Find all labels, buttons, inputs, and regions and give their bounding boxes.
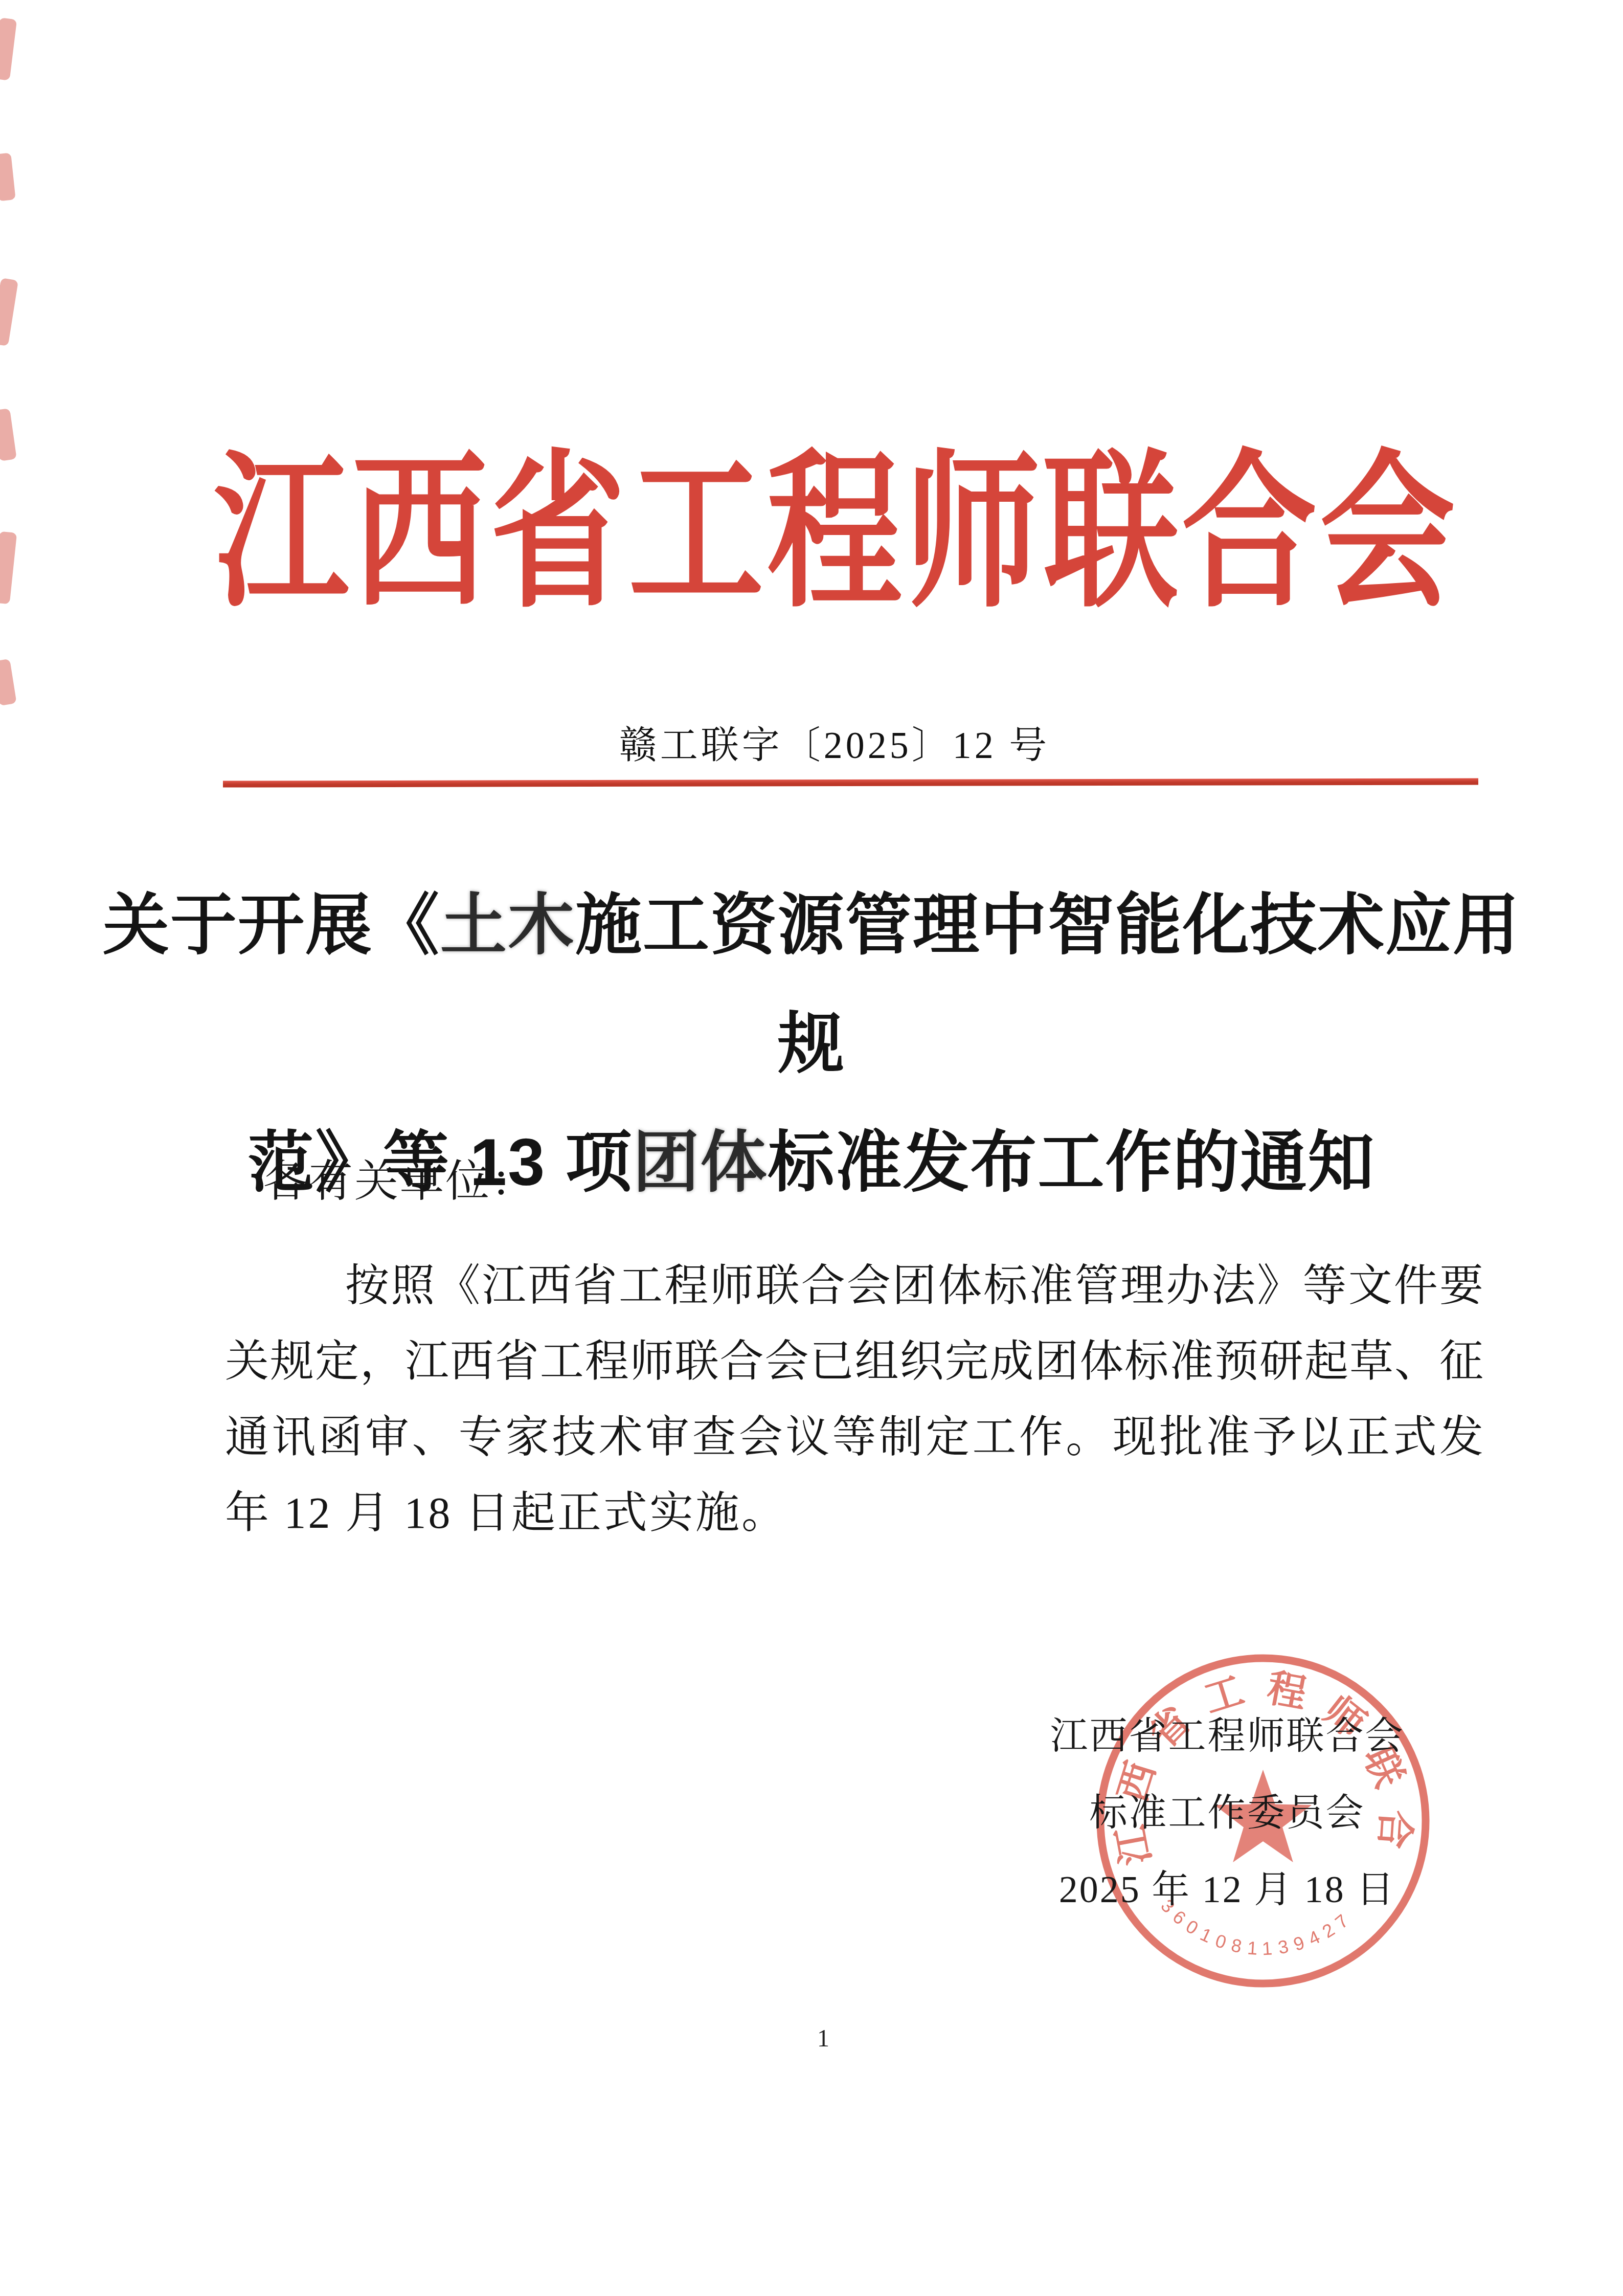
body-line: 通讯函审、专家技术审查会议等制定工作。现批准予以正式发布。自 2025 — [225, 1399, 1484, 1475]
doc-number-text: 赣工联字〔2025〕12 号 — [619, 715, 1050, 769]
letterhead-title: 江西省工程师联合会 — [0, 432, 1623, 637]
salutation: 各有关单位： — [263, 1153, 536, 1210]
title-segment: 关于开展《 — [103, 887, 440, 962]
page-number-text: 1 — [817, 2024, 829, 2053]
red-edge-mark — [0, 17, 17, 80]
letterhead-text: 江西省工程师联合会 — [214, 432, 1458, 637]
title-segment-patched: 团体 — [633, 1125, 768, 1199]
doc-number: 赣工联字〔2025〕12 号 — [0, 715, 1623, 769]
red-edge-mark — [0, 659, 17, 706]
title-segment: 施工资源管理中智能化技术应用规 — [575, 887, 1520, 1081]
body-paragraph: 按照《江西省工程师联合会团体标准管理办法》等文件要求及有 关规定，江西省工程师联… — [225, 1248, 1484, 1551]
red-separator-rule — [223, 778, 1478, 787]
body-line: 年 12 月 18 日起正式实施。 — [225, 1475, 1484, 1551]
body-line: 关规定，江西省工程师联合会已组织完成团体标准预研起草、征求意见 — [225, 1324, 1484, 1399]
title-segment: 标准发布工作的通知 — [768, 1125, 1375, 1199]
body-line: 按照《江西省工程师联合会团体标准管理办法》等文件要求及有 — [225, 1248, 1484, 1324]
document-page: 江西省工程师联合会 赣工联字〔2025〕12 号 关于开展《土木施工资源管理中智… — [0, 0, 1623, 2296]
signature-block: 江西省工程师联合会 标准工作委员会 2025 年 12 月 18 日 — [1002, 1698, 1452, 1928]
title-segment-patched: 土木 — [440, 887, 575, 962]
signature-org-line2: 标准工作委员会 — [1002, 1775, 1452, 1852]
signature-date: 2025 年 12 月 18 日 — [1002, 1852, 1452, 1928]
doc-title-line1: 关于开展《土木施工资源管理中智能化技术应用规 — [96, 865, 1527, 1103]
red-edge-mark — [0, 152, 16, 201]
red-edge-mark — [0, 278, 18, 346]
signature-org-line1: 江西省工程师联合会 — [1002, 1698, 1452, 1775]
page-number: 1 — [0, 2024, 1623, 2053]
